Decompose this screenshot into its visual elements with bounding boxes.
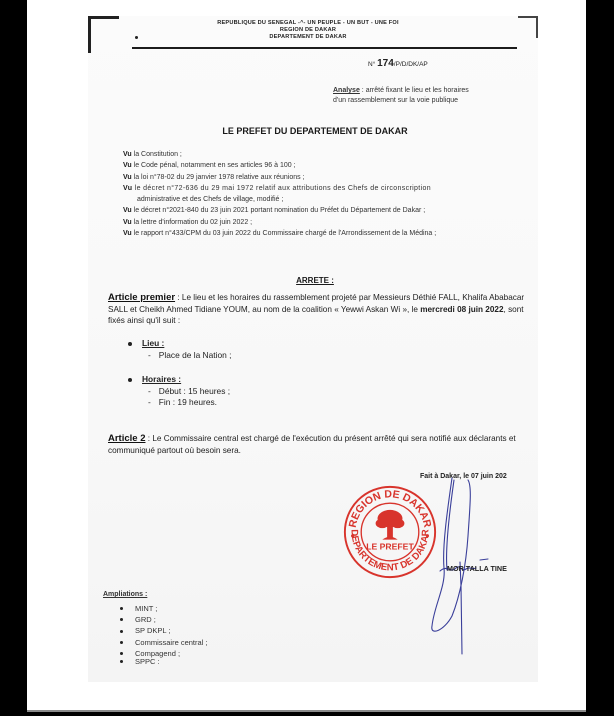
ampliation-item: Commissaire central ; — [120, 637, 208, 648]
letterhead-department: DEPARTEMENT DE DAKAR — [140, 34, 476, 41]
analyse-label: Analyse — [333, 87, 360, 94]
ampliation-item: GRD ; — [120, 614, 208, 625]
letterhead-region: REGION DE DAKAR — [140, 27, 476, 34]
letterhead: REPUBLIQUE DU SENEGAL -^- UN PEUPLE - UN… — [140, 20, 476, 41]
reference-prefix: N° — [368, 61, 375, 68]
article-1-details: Lieu : -Place de la Nation ; Horaires : … — [128, 338, 231, 409]
visa-item: Vu le Code pénal, notamment en ses artic… — [123, 160, 538, 171]
event-date: mercredi 08 juin 2022 — [420, 305, 503, 314]
page-corner-shadow — [88, 16, 119, 53]
document-title: LE PREFET DU DEPARTEMENT DE DAKAR — [90, 126, 540, 136]
signer-name: MOR TALLA TINE — [447, 564, 507, 573]
ampliations-list: MINT ; GRD ; SP DKPL ; Commissaire centr… — [120, 603, 208, 664]
bullet-icon — [128, 378, 132, 382]
bullet-icon — [128, 342, 132, 346]
reference-value: 174 — [377, 58, 394, 69]
horaires-item-start: -Début : 15 heures ; — [128, 386, 231, 398]
lieu-item: -Place de la Nation ; — [128, 350, 231, 362]
ampliations-heading: Ampliations : — [103, 591, 147, 598]
horaires-item-end: -Fin : 19 heures. — [128, 397, 231, 409]
prefect-stamp-icon: REGION DE DAKAR DEPARTEMENT DE DAKAR LE … — [342, 484, 438, 580]
page-corner-shadow — [518, 16, 538, 38]
reference-number: N° 174/P/D/DK/AP — [368, 58, 428, 69]
article-2: Article 2 : Le Commissaire central est c… — [108, 433, 528, 457]
ampliation-item: SPPC ; — [120, 659, 208, 664]
arrete-heading: ARRETE : — [90, 276, 540, 285]
visa-item: Vu le rapport n°433/CPM du 03 juin 2022 … — [123, 228, 538, 239]
visa-item: Vu le décret n°72-636 du 29 mai 1972 rel… — [123, 183, 538, 194]
horaires-heading: Horaires : — [128, 374, 231, 386]
article-1-label: Article premier — [108, 292, 175, 303]
ampliation-item: SP DKPL ; — [120, 625, 208, 636]
visa-item: Vu le décret n°2021-840 du 23 juin 2021 … — [123, 205, 538, 216]
lieu-heading: Lieu : — [128, 338, 231, 350]
visa-item: Vu la loi n°78-02 du 29 janvier 1978 rel… — [123, 172, 538, 183]
visas-list: Vu la Constitution ; Vu le Code pénal, n… — [123, 149, 538, 239]
article-2-label: Article 2 — [108, 433, 146, 444]
visa-item: Vu la Constitution ; — [123, 149, 538, 160]
svg-text:LE PREFET: LE PREFET — [366, 541, 414, 551]
visa-item-continuation: administrative et des Chefs de village, … — [123, 194, 538, 205]
visa-item: Vu la lettre d'information du 02 juin 20… — [123, 217, 538, 228]
ampliation-item: MINT ; — [120, 603, 208, 614]
letterhead-republic: REPUBLIQUE DU SENEGAL -^- UN PEUPLE - UN… — [140, 20, 476, 27]
reference-suffix: /P/D/DK/AP — [394, 61, 428, 68]
article-1: Article premier : Le lieu et les horaire… — [108, 292, 528, 327]
analyse-text-2: d'un rassemblement sur la voie publique — [333, 96, 533, 106]
analyse-text: : arrêté fixant le lieu et les horaires — [360, 87, 469, 94]
ampliation-item: Compagend ; — [120, 648, 208, 659]
letterhead-rule — [132, 47, 517, 49]
analyse-block: Analyse : arrêté fixant le lieu et les h… — [333, 86, 533, 106]
speck — [135, 36, 138, 39]
